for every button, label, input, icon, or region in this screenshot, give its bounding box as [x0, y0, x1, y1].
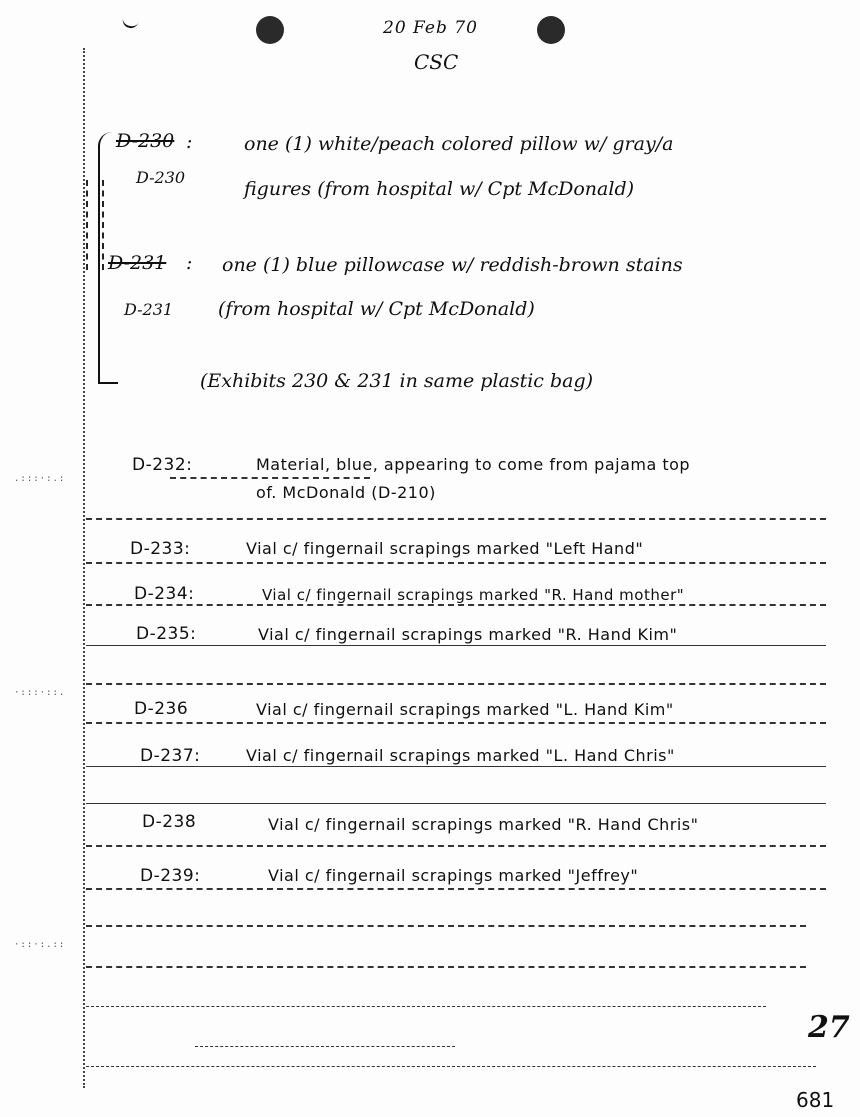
ruled-line: [86, 925, 806, 927]
entry-text-line2: (from hospital w/ Cpt McDonald): [218, 298, 535, 320]
entry-text: Vial c/ fingernail scrapings marked "R. …: [262, 586, 684, 604]
ruled-line: [86, 722, 826, 724]
stray-pen-mark: [121, 16, 139, 30]
entry-id: D-237:: [140, 746, 200, 766]
bracket-hatching: [86, 180, 104, 270]
ruled-line: [86, 766, 826, 767]
group-note: (Exhibits 230 & 231 in same plastic bag): [200, 370, 593, 392]
ruled-line: [86, 645, 826, 646]
colon: :: [186, 131, 192, 153]
binder-hole-left: [256, 16, 284, 44]
entry-text: Vial c/ fingernail scrapings marked "R. …: [258, 625, 677, 644]
ruled-line: [86, 888, 826, 890]
ruled-line: [86, 966, 806, 968]
ruled-line: [86, 562, 826, 564]
ruled-line: [86, 604, 826, 606]
colon: :: [186, 252, 192, 274]
entry-text-line1: one (1) blue pillowcase w/ reddish-brown…: [222, 254, 683, 276]
entry-text: Vial c/ fingernail scrapings marked "Lef…: [246, 539, 643, 558]
ruled-line: [86, 1006, 766, 1007]
entry-id: D-233:: [130, 539, 190, 559]
entry-id: D-238: [142, 812, 196, 832]
header-initials: CSC: [414, 50, 458, 74]
ruled-line: [86, 683, 826, 685]
entry-text: Vial c/ fingernail scrapings marked "R. …: [268, 815, 699, 834]
binder-hole-right: [537, 16, 565, 44]
entry-text-line2: figures (from hospital w/ Cpt McDonald): [244, 178, 634, 200]
margin-line: [83, 48, 85, 1088]
entry-id-corrected: D-230: [136, 168, 185, 187]
scan-noise: ·:::·::.: [14, 688, 65, 698]
scan-noise: ·::·:.::: [14, 940, 65, 950]
entry-text-line1: one (1) white/peach colored pillow w/ gr…: [244, 133, 673, 155]
page-number: 681: [796, 1088, 834, 1112]
ruled-line: [86, 518, 826, 520]
entry-text-continued: of. McDonald (D-210): [256, 483, 436, 502]
entry-id: D-239:: [140, 866, 200, 886]
entry-id-struck: D-230: [116, 130, 174, 152]
entry-id-corrected: D-231: [124, 300, 173, 319]
ruled-line: [195, 1046, 455, 1047]
ruled-line: [86, 845, 826, 847]
entry-text: Material, blue, appearing to come from p…: [256, 455, 690, 474]
footer-initials: 27: [808, 1010, 850, 1045]
entry-id: D-234:: [134, 584, 194, 604]
entry-text: Vial c/ fingernail scrapings marked "L. …: [256, 700, 674, 719]
entry-id: D-236: [134, 699, 188, 719]
ruled-line: [86, 803, 826, 804]
ruled-line: [170, 477, 370, 479]
entry-text: Vial c/ fingernail scrapings marked "L. …: [246, 746, 675, 765]
entry-id-struck: D-231: [108, 252, 166, 274]
ruled-line: [86, 1066, 816, 1067]
entry-id: D-232:: [132, 455, 192, 475]
header-date: 20 Feb 70: [383, 18, 478, 38]
entry-id: D-235:: [136, 624, 196, 644]
scan-noise: .:::·:.:: [14, 474, 65, 484]
entry-text: Vial c/ fingernail scrapings marked "Jef…: [268, 866, 638, 885]
scanned-page: 20 Feb 70 CSC D-230 : one (1) white/peac…: [0, 0, 860, 1117]
